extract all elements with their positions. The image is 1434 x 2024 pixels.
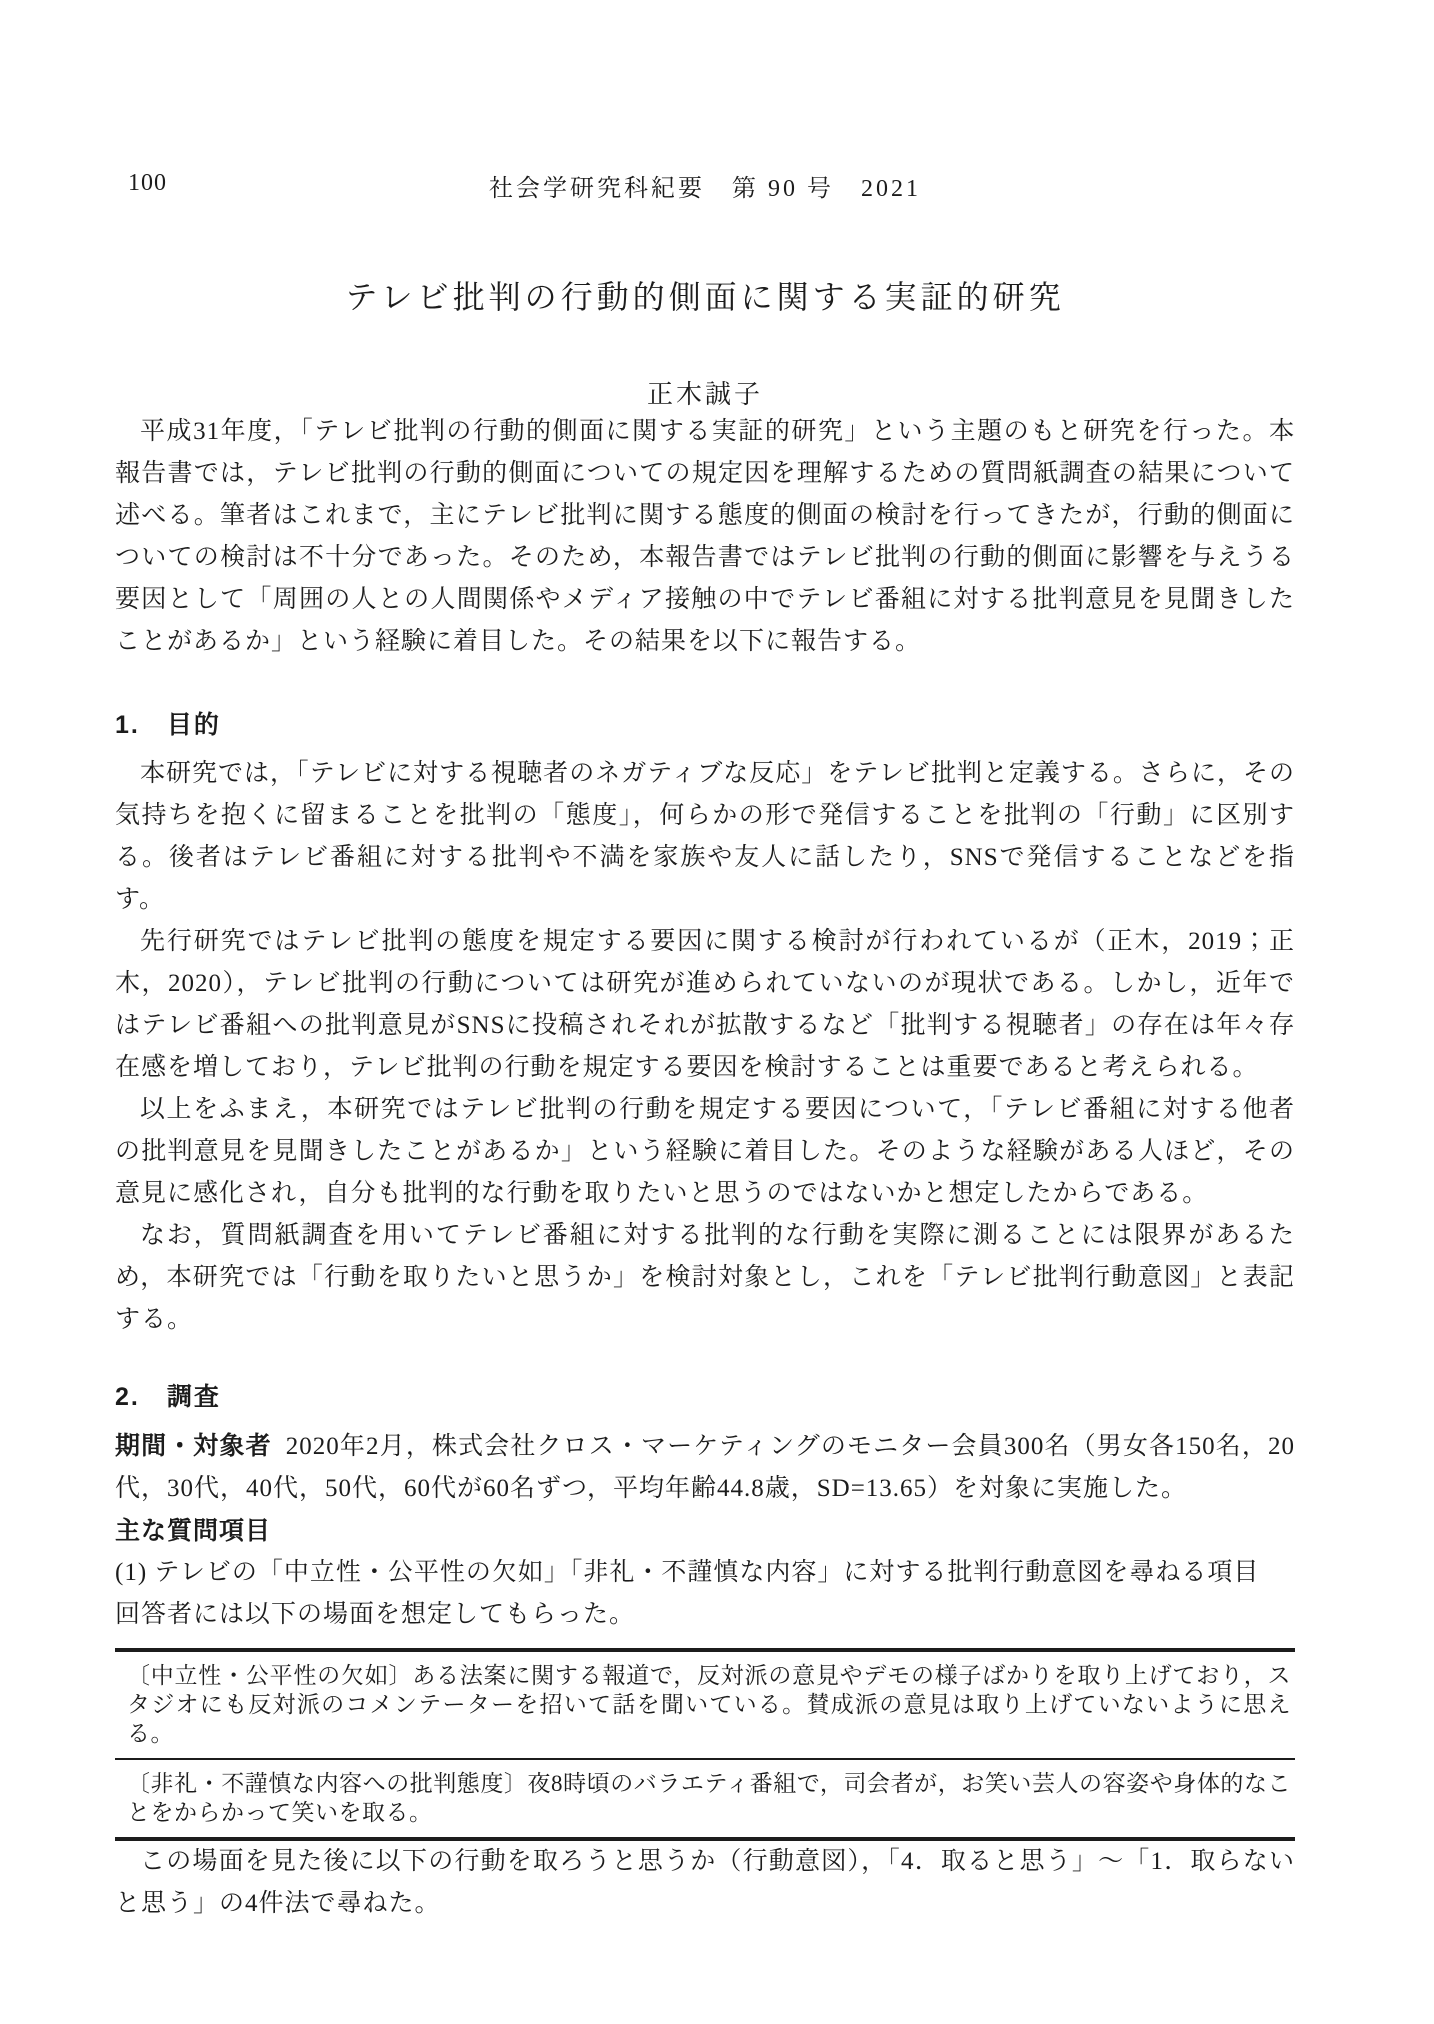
- section-1-paragraph-2: 先行研究ではテレビ批判の態度を規定する要因に関する検討が行われているが（正木，2…: [115, 921, 1295, 1089]
- section-1-paragraph-1: 本研究では，「テレビに対する視聴者のネガティブな反応」をテレビ批判と定義する。さ…: [115, 753, 1295, 921]
- questions-heading: 主な質問項目: [115, 1510, 1295, 1552]
- section-1-heading: 1. 目的: [115, 705, 1295, 741]
- question-item-1: (1) テレビの「中立性・公平性の欠如」「非礼・不謹慎な内容」に対する批判行動意…: [115, 1552, 1295, 1594]
- survey-period-paragraph: 期間・対象者2020年2月，株式会社クロス・マーケティングのモニター会員300名…: [115, 1425, 1295, 1510]
- survey-period-text: 2020年2月，株式会社クロス・マーケティングのモニター会員300名（男女各15…: [115, 1433, 1295, 1502]
- scenario-rudeness-label: 〔非礼・不謹慎な内容への批判態度〕: [127, 1771, 527, 1796]
- question-item-1-note: 回答者には以下の場面を想定してもらった。: [115, 1594, 1295, 1636]
- scenario-rudeness: 〔非礼・不謹慎な内容への批判態度〕夜8時頃のバラエティ番組で，司会者が，お笑い芸…: [115, 1760, 1295, 1837]
- page-number: 100: [128, 170, 167, 197]
- closing-paragraph: この場面を見た後に以下の行動を取ろうと思うか（行動意図），「4．取ると思う」～「…: [115, 1841, 1295, 1925]
- article-title: テレビ批判の行動的側面に関する実証的研究: [115, 272, 1295, 318]
- scenario-box: 〔中立性・公平性の欠如〕ある法案に関する報道で，反対派の意見やデモの様子ばかりを…: [115, 1648, 1295, 1841]
- section-1-paragraph-4: なお，質問紙調査を用いてテレビ番組に対する批判的な行動を実際に測ることには限界が…: [115, 1215, 1295, 1341]
- journal-header: 社会学研究科紀要 第 90 号 2021: [115, 168, 1295, 203]
- running-head: 100 社会学研究科紀要 第 90 号 2021: [115, 168, 1295, 202]
- scenario-neutrality: 〔中立性・公平性の欠如〕ある法案に関する報道で，反対派の意見やデモの様子ばかりを…: [115, 1652, 1295, 1758]
- section-2-heading: 2. 調査: [115, 1377, 1295, 1413]
- article-author: 正木誠子: [115, 374, 1295, 411]
- section-1-paragraph-3: 以上をふまえ，本研究ではテレビ批判の行動を規定する要因について，「テレビ番組に対…: [115, 1089, 1295, 1215]
- paper-page: 100 社会学研究科紀要 第 90 号 2021 テレビ批判の行動的側面に関する…: [0, 0, 1434, 2024]
- survey-period-label: 期間・対象者: [115, 1432, 272, 1460]
- scenario-neutrality-label: 〔中立性・公平性の欠如〕: [127, 1663, 412, 1688]
- intro-paragraph: 平成31年度，「テレビ批判の行動的側面に関する実証的研究」という主題のもと研究を…: [115, 411, 1295, 663]
